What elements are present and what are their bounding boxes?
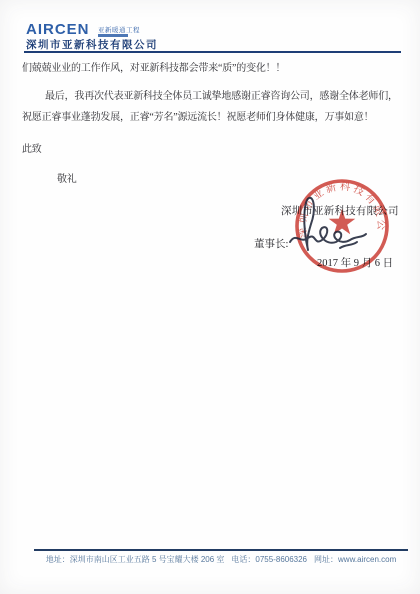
scanned-letter-page: AIRCEN 亚新暖通工程 深圳市亚新科技有限公司 们兢兢业业的工作作风，对亚新…	[0, 0, 420, 594]
aircen-logo: AIRCEN	[26, 21, 90, 38]
letterhead-company-name: 深圳市亚新科技有限公司	[26, 37, 158, 52]
logo-tagline: 亚新暖通工程	[98, 25, 140, 34]
chairman-signature-ink	[278, 190, 378, 256]
letterhead-rule	[24, 51, 401, 53]
body-line-1: 们兢兢业业的工作作风，对亚新科技都会带来“质”的变化！！	[22, 62, 285, 76]
footer-contact-line: 地址：深圳市南山区工业五路 5 号宝耀大楼 206 室 电话：0755-8606…	[34, 554, 408, 565]
footer-rule	[34, 549, 408, 551]
body-line-2: 最后，我再次代表亚新科技全体员工诚挚地感谢正睿咨询公司，感谢全体老师们，	[22, 90, 398, 104]
footer-website: 网址：www.aircen.com	[314, 554, 396, 565]
closing-cizhi: 此致	[22, 143, 42, 157]
salute-jingli: 敬礼	[57, 173, 77, 187]
footer-phone: 电话：0755-8606326	[231, 554, 307, 565]
body-line-3: 祝愿正睿事业蓬勃发展，正睿“芳名”源远流长！祝愿老师们身体健康，万事如意！	[22, 111, 373, 125]
footer-address: 地址：深圳市南山区工业五路 5 号宝耀大楼 206 室	[46, 554, 225, 565]
